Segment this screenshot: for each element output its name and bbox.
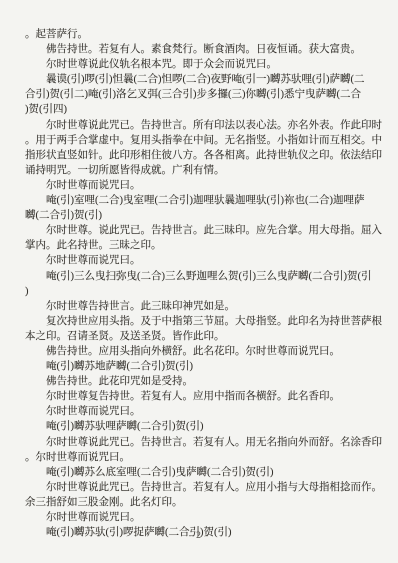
text-line: 嚩(二合引)贺(引) bbox=[25, 208, 393, 223]
text-line: 尔时世尊而说咒曰。 bbox=[25, 253, 393, 268]
sutra-text-block: 。起菩萨行。佛告持世。若复有人。素食梵行。断食酒肉。日夜恒诵。获大富贵。尔时世尊… bbox=[25, 27, 393, 540]
text-line: 唵(引)嚩苏驮哩萨嚩(二合引)贺(引) bbox=[25, 419, 393, 434]
text-line: 尔时世尊说此咒已。告持世言。所有印法以表心法。亦名外表。作此印时 bbox=[25, 118, 393, 133]
text-line: 。起菩萨行。 bbox=[25, 27, 393, 42]
text-line: )贺(引四) bbox=[25, 102, 393, 117]
text-line: 复次持世应用头指。及于中指第三节屈。大母指竖。此印名为持世菩萨根 bbox=[25, 314, 393, 329]
text-line: 尔时世尊说此咒已。告持世言。若复有人。用无名指向外而舒。名涂香印 bbox=[25, 435, 393, 450]
text-line: 。用于两手合掌虚中。复用头指拳在中间。无名指竖。小指如计而互相交。中 bbox=[25, 133, 393, 148]
text-line: 指形状直竖如针。此印形相住彼八方。各各相离。此持世轨仪之印。依法结印 bbox=[25, 148, 393, 163]
text-line: 尔时世尊说此咒已。告持世言。若复有人。应用小指与大母指相捻而作。 bbox=[25, 480, 393, 495]
text-line: 唵(引)室哩(二合)曳室哩(二合引)迦哩驮曩迦哩驮(引)祢也(二合)迦哩萨 bbox=[25, 193, 393, 208]
text-line: 尔时世尊而说咒曰。 bbox=[25, 510, 393, 525]
text-line: 佛告持世。若复有人。素食梵行。断食酒肉。日夜恒诵。获大富贵。 bbox=[25, 42, 393, 57]
text-line: 。尔时世尊而说咒曰。 bbox=[25, 450, 393, 465]
text-line: 尔时世尊说此仪轨名根本咒。即于众会而说咒曰。 bbox=[25, 57, 393, 72]
text-line: 掌内。此名持世。三昧之印。 bbox=[25, 238, 393, 253]
text-line: 唵(引)三么曳扫弥曳(二合)三么野迦哩么贺(引)三么曳萨嚩(二合引)贺(引 bbox=[25, 269, 393, 284]
text-line: 佛告持世。此花印咒如是受持。 bbox=[25, 374, 393, 389]
text-line: 合引)贺(引二)唵(引)洛乞叉弭(三合引)步多攞(三)你嚩(引)悉宁曳萨嚩(二合 bbox=[25, 87, 393, 102]
text-line: 唵(引)嚩苏么底室哩(二合引)曳萨嚩(二合引)贺(引) bbox=[25, 465, 393, 480]
text-line: 唵(引)嚩苏地萨嚩(二合引)贺(引) bbox=[25, 359, 393, 374]
text-line: 本之印。召请圣贤。及送圣贤。皆作此印。 bbox=[25, 329, 393, 344]
text-line: 诵持明咒。一切所愿皆得成就。广利有情。 bbox=[25, 163, 393, 178]
text-line: 尔时世尊告持世言。此三昧印神咒如是。 bbox=[25, 299, 393, 314]
text-line: 尔时世尊。说此咒已。告持世言。此三昧印。应先合掌。用大母指。屈入 bbox=[25, 223, 393, 238]
text-line: ) bbox=[25, 284, 393, 299]
text-line: 尔时世尊而说咒曰。 bbox=[25, 404, 393, 419]
text-line: 尔时世尊复告持世。若复有人。应用中指而各横舒。此名香印。 bbox=[25, 389, 393, 404]
text-line: 曩谟(引)啰(引)怛曩(二合)怛啰(二合)夜野唵(引一)嚩苏驮哩(引)萨嚩(二 bbox=[25, 72, 393, 87]
text-line: 尔时世尊而说咒曰。 bbox=[25, 178, 393, 193]
page-number: - 2 - bbox=[0, 531, 398, 541]
text-line: 余三指舒如三股金刚。此名灯印。 bbox=[25, 495, 393, 510]
scanned-page: 。起菩萨行。佛告持世。若复有人。素食梵行。断食酒肉。日夜恒诵。获大富贵。尔时世尊… bbox=[0, 0, 398, 563]
text-line: 佛告持世。应用头指向外横舒。此名花印。尔时世尊而说咒曰。 bbox=[25, 344, 393, 359]
